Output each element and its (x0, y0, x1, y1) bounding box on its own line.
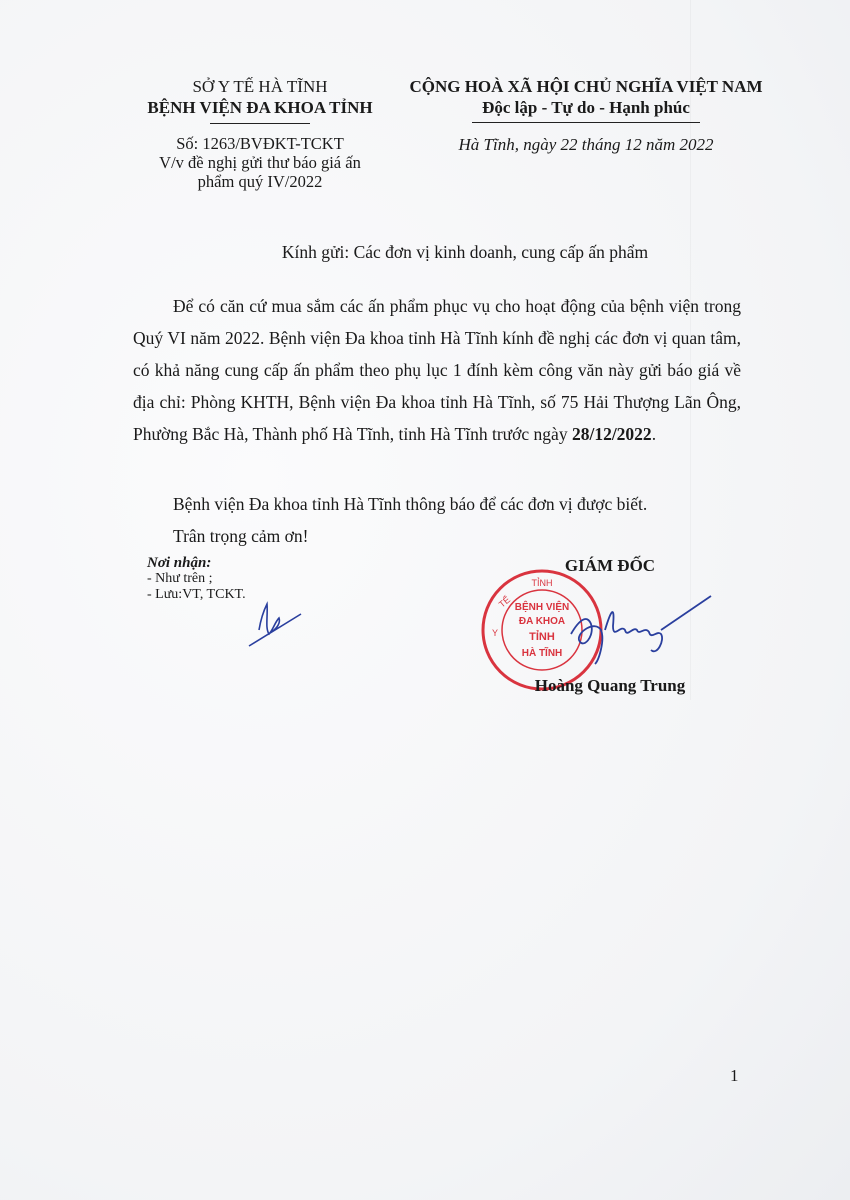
nation-name: CỘNG HOÀ XÃ HỘI CHỦ NGHĨA VIỆT NAM (386, 76, 786, 97)
recipient-item: - Như trên ; (147, 571, 246, 587)
initial-signature-icon (245, 600, 305, 648)
addressee: Kính gửi: Các đơn vị kinh doanh, cung cấ… (140, 242, 790, 263)
organization-name: BỆNH VIỆN ĐA KHOA TỈNH (130, 97, 390, 118)
issuing-agency-header: SỞ Y TẾ HÀ TĨNH BỆNH VIỆN ĐA KHOA TỈNH S… (130, 76, 390, 191)
recipient-item: - Lưu:VT, TCKT. (147, 587, 246, 603)
svg-text:Y: Y (492, 628, 498, 638)
recipients-title: Nơi nhận: (147, 555, 246, 571)
svg-text:BỆNH VIỆN: BỆNH VIỆN (515, 600, 569, 613)
ministry-name: SỞ Y TẾ HÀ TĨNH (130, 76, 390, 97)
signer-name: Hoàng Quang Trung (520, 676, 700, 696)
director-signature-icon (565, 590, 715, 670)
document-page: SỞ Y TẾ HÀ TĨNH BỆNH VIỆN ĐA KHOA TỈNH S… (0, 0, 850, 1200)
document-number: Số: 1263/BVĐKT-TCKT (130, 134, 390, 153)
closing-thanks: Trân trọng cảm ơn! (173, 520, 647, 552)
body-paragraph-2: Bệnh viện Đa khoa tỉnh Hà Tĩnh thông báo… (173, 488, 647, 520)
national-header: CỘNG HOÀ XÃ HỘI CHỦ NGHĨA VIỆT NAM Độc l… (386, 76, 786, 155)
motto-underline (472, 122, 700, 123)
subject-line-1: V/v đề nghị gửi thư báo giá ấn (130, 153, 390, 172)
page-number: 1 (730, 1066, 739, 1086)
recipients-list: Nơi nhận: - Như trên ; - Lưu:VT, TCKT. (147, 555, 246, 603)
svg-text:TỈNH: TỈNH (532, 577, 553, 588)
svg-text:HÀ TĨNH: HÀ TĨNH (522, 646, 563, 659)
svg-text:ĐA KHOA: ĐA KHOA (519, 616, 565, 627)
subject-line-2: phẩm quý IV/2022 (130, 172, 390, 191)
closing-block: Bệnh viện Đa khoa tỉnh Hà Tĩnh thông báo… (173, 488, 647, 552)
deadline-suffix: . (652, 424, 656, 444)
svg-text:TỈNH: TỈNH (529, 630, 555, 643)
deadline-date: 28/12/2022 (572, 424, 652, 444)
place-date: Hà Tĩnh, ngày 22 tháng 12 năm 2022 (386, 135, 786, 155)
letter-body: Để có căn cứ mua sắm các ấn phẩm phục vụ… (133, 290, 741, 450)
body-paragraph-1: Để có căn cứ mua sắm các ấn phẩm phục vụ… (133, 290, 741, 450)
body-paragraph-1-text: Để có căn cứ mua sắm các ấn phẩm phục vụ… (133, 296, 741, 444)
header-underline (210, 123, 310, 124)
national-motto: Độc lập - Tự do - Hạnh phúc (386, 97, 786, 118)
